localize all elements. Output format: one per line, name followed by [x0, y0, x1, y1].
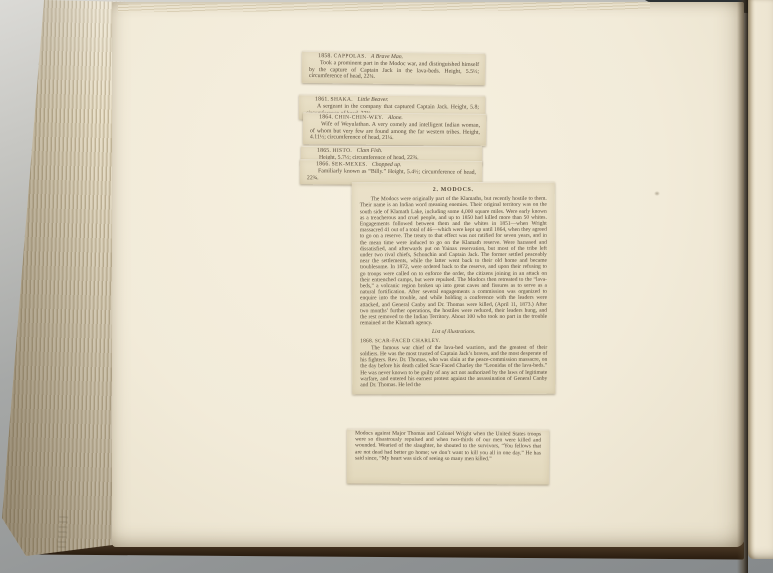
- entry-name: CAPPOLAS.: [334, 53, 367, 59]
- entry-name: SCAR-FACED CHARLEY.: [375, 338, 441, 344]
- photographed-album-page: 1858. CAPPOLAS. A Brave Man. Took a prom…: [0, 0, 773, 573]
- modoc-history-text: The Modocs were originally part of the K…: [360, 196, 547, 327]
- section-heading: 2. MODOCS.: [360, 187, 547, 194]
- entry-alias: Clam Fish.: [357, 148, 383, 154]
- entry-number: 1858.: [318, 53, 332, 59]
- scar-faced-charley-text-upper: The famous war chief of the lava-bed war…: [360, 345, 547, 389]
- smudge-mark: [654, 191, 660, 196]
- entry-number: 1868.: [360, 338, 373, 344]
- catalog-entry-clipping-1858: 1858. CAPPOLAS. A Brave Man. Took a prom…: [302, 51, 485, 85]
- entry-number: 1864.: [319, 114, 333, 120]
- list-of-illustrations-heading: List of illustrations.: [360, 329, 547, 336]
- entry-name: CHIN-CHIN-WEY.: [335, 114, 384, 120]
- entry-alias: Alone.: [388, 115, 403, 121]
- entry-name: SHAKA.: [331, 97, 354, 103]
- entry-number: 1861.: [315, 97, 329, 103]
- entry-name: SEK-MEXES.: [332, 161, 368, 167]
- entry-text: Took a prominent part in the Modoc war, …: [309, 60, 479, 82]
- facing-page-edge: [748, 0, 773, 559]
- entry-alias: Chopped up.: [372, 162, 402, 168]
- entry-alias: Little Beaver.: [357, 97, 388, 103]
- modoc-section-clipping: 2. MODOCS. The Modocs were originally pa…: [352, 182, 556, 395]
- entry-heading: 1868. SCAR-FACED CHARLEY.: [360, 337, 547, 344]
- modoc-clipping-continuation: Modocs against Major Thomas and Colonel …: [347, 428, 549, 484]
- entry-number: 1865.: [317, 148, 331, 154]
- catalog-entry-clipping-1864: 1864. CHIN-CHIN-WEY. Alone. Wife of Weyu…: [303, 112, 486, 146]
- entry-name: HISTO.: [333, 148, 353, 154]
- entry-text: Familiarly known as “Billy.” Height, 5.4…: [307, 168, 476, 183]
- entry-number: 1866.: [316, 161, 330, 167]
- scar-faced-charley-text-lower: Modocs against Major Thomas and Colonel …: [355, 431, 541, 463]
- book-gutter: [737, 0, 748, 573]
- entry-alias: A Brave Man.: [371, 54, 403, 60]
- entry-text: Wife of Weyulathan. A very comely and in…: [310, 121, 480, 143]
